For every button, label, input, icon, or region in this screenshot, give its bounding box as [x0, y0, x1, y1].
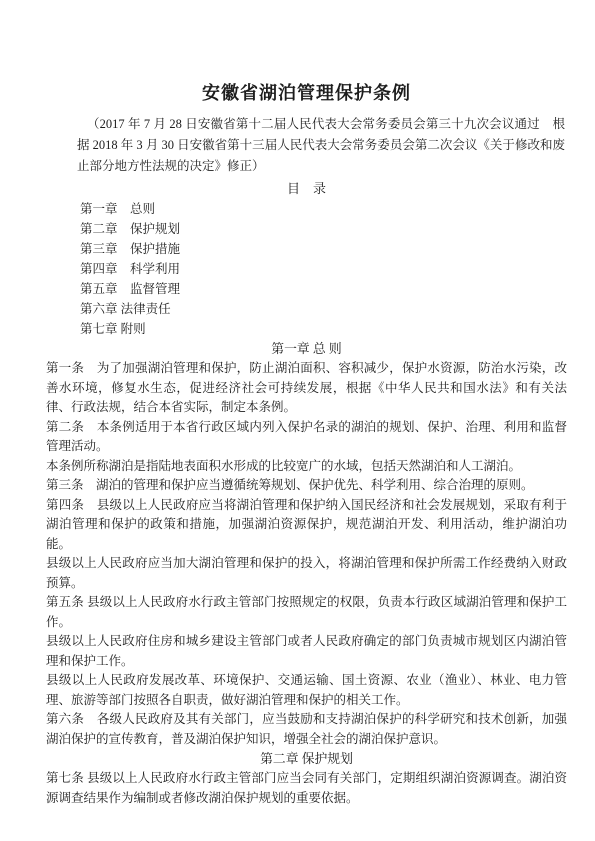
body-paragraph: 本条例所称湖泊是指陆地表面积水形成的比较宽广的水域，包括天然湖泊和人工湖泊。 — [46, 457, 567, 477]
body-paragraph: 第三条 湖泊的管理和保护应当遵循统筹规划、保护优先、科学利用、综合治理的原则。 — [46, 476, 567, 496]
body-paragraph: 第七条 县级以上人民政府水行政主管部门应当会同有关部门，定期组织湖泊资源调查。湖… — [46, 769, 567, 808]
page-title: 安徽省湖泊管理保护条例 — [46, 82, 567, 104]
body-paragraph: 第六条 各级人民政府及其有关部门，应当鼓励和支持湖泊保护的科学研究和技术创新，加… — [46, 710, 567, 749]
toc-item: 第七章 附则 — [80, 319, 567, 339]
body-paragraph: 第四条 县级以上人民政府应当将湖泊管理和保护纳入国民经济和社会发展规划，采取有利… — [46, 496, 567, 555]
body-paragraph: 县级以上人民政府发展改革、环境保护、交通运输、国土资源、农业（渔业）、林业、电力… — [46, 671, 567, 710]
document-page: 安徽省湖泊管理保护条例 （2017 年 7 月 28 日安徽省第十二届人民代表大… — [0, 0, 595, 841]
body-paragraph: 第一条 为了加强湖泊管理和保护，防止湖泊面积、容积减少，保护水资源，防治水污染，… — [46, 359, 567, 418]
toc-item: 第四章 科学利用 — [80, 259, 567, 279]
preamble: （2017 年 7 月 28 日安徽省第十二届人民代表大会常务委员会第三十九次会… — [77, 114, 565, 177]
toc-item: 第五章 监督管理 — [80, 279, 567, 299]
body-paragraph: 县级以上人民政府住房和城乡建设主管部门或者人民政府确定的部门负责城市规划区内湖泊… — [46, 632, 567, 671]
toc-list: 第一章 总则第二章 保护规划第三章 保护措施第四章 科学利用第五章 监督管理第六… — [46, 199, 567, 339]
toc-heading: 目 录 — [46, 179, 567, 199]
toc-item: 第一章 总则 — [80, 199, 567, 219]
document-body: 第一章 总 则第一条 为了加强湖泊管理和保护，防止湖泊面积、容积减少，保护水资源… — [46, 339, 567, 808]
toc-item: 第六章 法律责任 — [80, 299, 567, 319]
body-paragraph: 第二条 本条例适用于本省行政区域内列入保护名录的湖泊的规划、保护、治理、利用和监… — [46, 418, 567, 457]
body-paragraph: 县级以上人民政府应当加大湖泊管理和保护的投入，将湖泊管理和保护所需工作经费纳入财… — [46, 554, 567, 593]
chapter-heading: 第二章 保护规划 — [46, 749, 567, 769]
toc-item: 第三章 保护措施 — [80, 239, 567, 259]
chapter-heading: 第一章 总 则 — [46, 339, 567, 359]
toc-item: 第二章 保护规划 — [80, 219, 567, 239]
body-paragraph: 第五条 县级以上人民政府水行政主管部门按照规定的权限，负责本行政区域湖泊管理和保… — [46, 593, 567, 632]
